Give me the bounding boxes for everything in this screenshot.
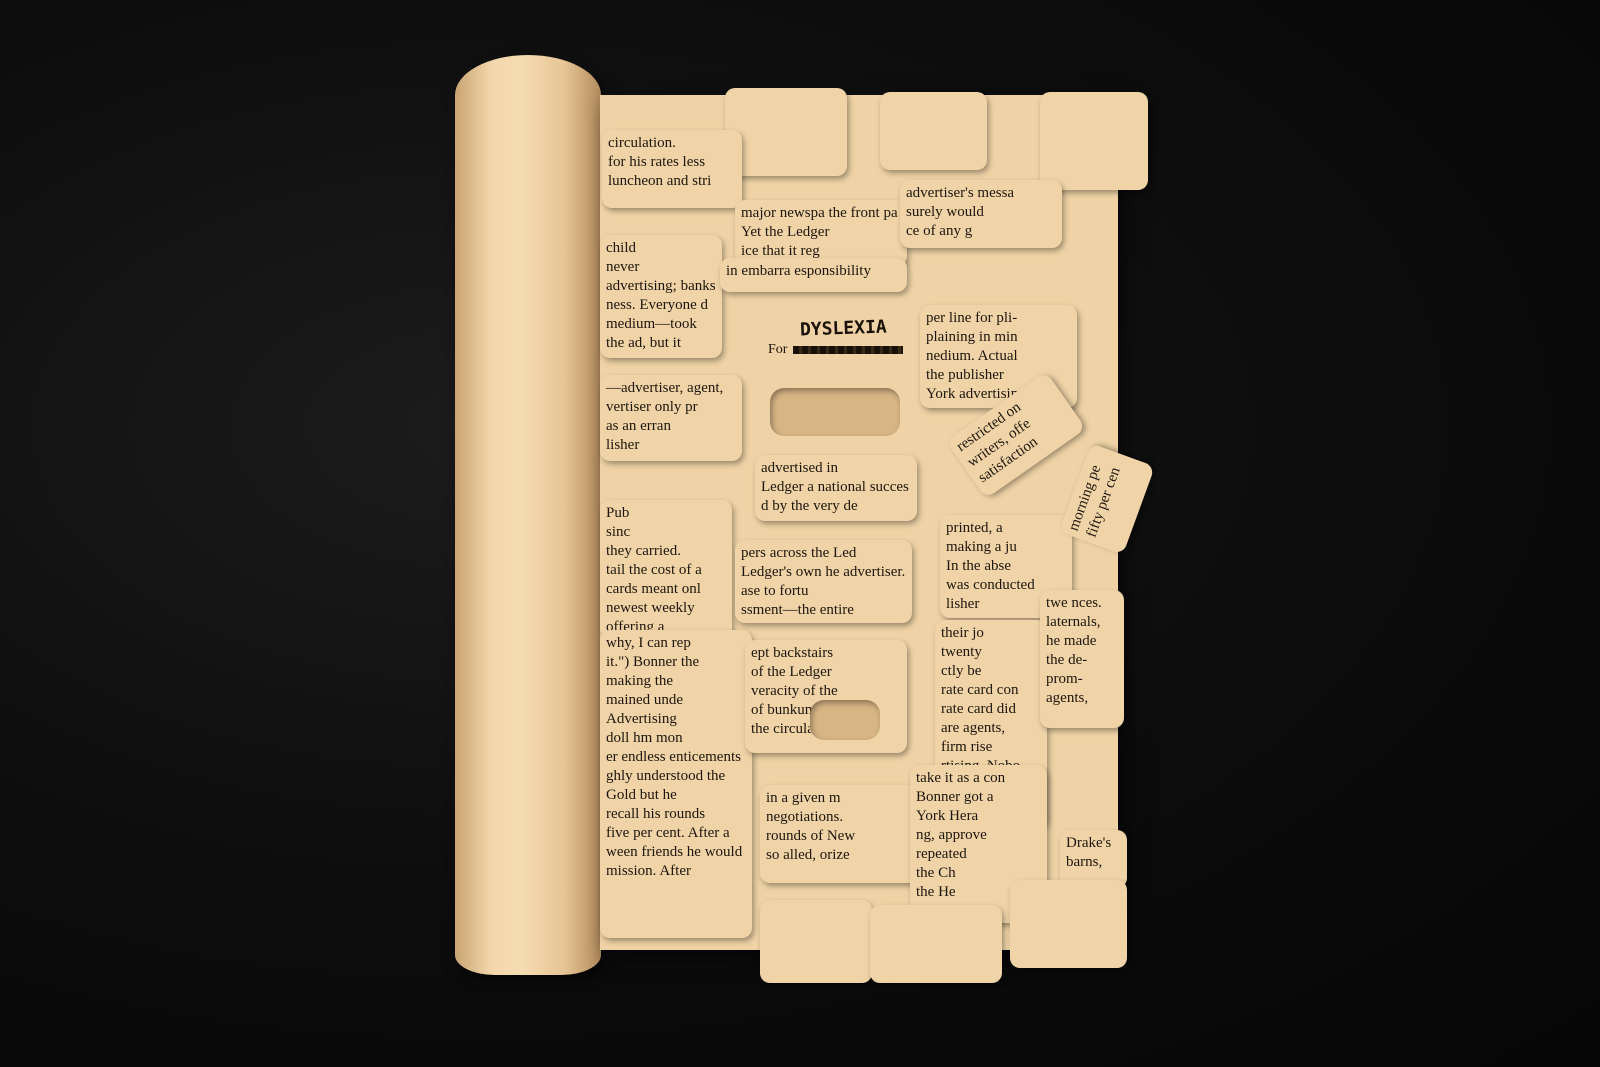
puzzle-piece — [725, 88, 847, 176]
puzzle-piece — [1010, 880, 1127, 968]
text-fragment: —advertiser, agent, vertiser only pr as … — [600, 375, 742, 461]
puzzle-piece — [870, 905, 1002, 983]
text-fragment: in a given m negotiations. rounds of New… — [760, 785, 922, 883]
puzzle-piece — [880, 92, 987, 170]
text-fragment: child never advertising; banks ness. Eve… — [600, 235, 722, 358]
title-prefix: For — [768, 342, 787, 358]
rolled-page-cylinder — [455, 55, 601, 975]
puzzle-hole — [770, 388, 900, 436]
text-fragment: pers across the Led Ledger's own he adve… — [735, 540, 912, 623]
text-fragment: why, I can rep it.") Bonner the making t… — [600, 630, 752, 938]
text-fragment: twe nces. laternals, he made the de- pro… — [1040, 590, 1124, 728]
text-fragment: advertised in Ledger a national succes d… — [755, 455, 917, 521]
puzzle-hole — [810, 700, 880, 740]
handwritten-title: DYSLEXIA — [800, 316, 887, 340]
text-fragment: advertiser's messa surely would ce of an… — [900, 180, 1062, 248]
text-fragment: Pub sinc they carried. tail the cost of … — [600, 500, 732, 638]
scribbled-out-text — [793, 346, 903, 354]
text-fragment: circulation. for his rates less luncheon… — [602, 130, 742, 208]
text-fragment: major newspa the front pa Yet the Ledger… — [735, 200, 907, 266]
puzzle-piece — [1040, 92, 1148, 190]
text-fragment: in embarra esponsibility — [720, 258, 907, 292]
puzzle-piece — [760, 900, 872, 983]
